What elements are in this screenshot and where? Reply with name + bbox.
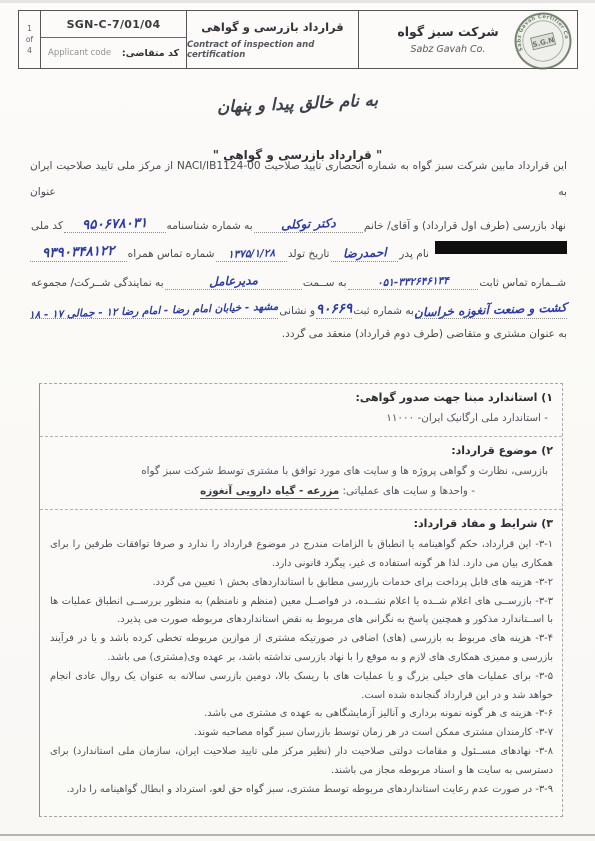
intro-line-3: نام پدر احمدرضا تاریخ تولد ۱۳۷۵/۱/۲۸ شما… — [30, 233, 567, 262]
section-3-title: ۳) شرایط و مفاد قرارداد: — [48, 517, 553, 530]
company-name-en: Sabz Gavah Co. — [393, 44, 503, 55]
bismillah-calligraphy: به نام خالق پیدا و پنهان — [0, 81, 595, 126]
intro-line-6: به عنوان مشتری و متقاضی (طرف دوم قرارداد… — [282, 321, 567, 347]
blank-company-name: کشت و صنعت آنغوزه خراسان — [415, 305, 567, 319]
intro-line-5: کشت و صنعت آنغوزه خراسان به شماره ثبت ۹۰… — [30, 290, 567, 319]
clause-3-6: ۳-۶- هزینه ی هر گونه نمونه برداری و آنال… — [48, 705, 553, 724]
clause-3-5: ۳-۵- برای عملیات های خیلی بزرگ و یا عملی… — [48, 668, 553, 706]
blank-position: مدیرعامل — [165, 276, 302, 290]
header-title-fa: قرارداد بازرسی و گواهی — [201, 20, 343, 34]
handwritten-birth-date: ۱۳۷۵/۱/۲۸ — [227, 248, 274, 260]
scan-bottom-edge — [0, 834, 595, 836]
sites-label: - واحدها و سایت های عملیاتی: — [343, 485, 475, 497]
clause-3-1: ۳-۱- این قرارداد، حکم گواهینامه یا انطبا… — [48, 536, 553, 574]
handwritten-position: مدیرعامل — [209, 275, 258, 289]
blank-id-number: ۹۵۰۶۷۸۰۳۱ — [64, 219, 166, 234]
company-cell: شرکت سبز گواه Sabz Gavah Co. Sabz Gavah … — [359, 11, 577, 68]
clause-3-3: ۳-۳- بازرســی های اعلام شــده یا اعلام ن… — [48, 593, 553, 631]
contract-header-title-cell: قرارداد بازرسی و گواهی Contract of inspe… — [187, 11, 359, 68]
intro-line-2: نهاد بازرسی (طرف اول قرارداد) و آقای/ خا… — [30, 205, 567, 234]
clause-3-2: ۳-۲- هزینه های قابل پرداخت برای خدمات با… — [48, 574, 553, 593]
applicant-code-label-fa: کد متقاضی: — [122, 48, 179, 59]
blank-father-name: احمدرضا — [331, 248, 399, 262]
page-marker-line: 4 — [27, 45, 32, 56]
handwritten-father-name: احمدرضا — [342, 246, 386, 260]
printed-text: به شماره شناسنامه — [166, 220, 254, 233]
intro-paragraph: این قرارداد مابین شرکت سبز گواه به شماره… — [30, 176, 567, 347]
applicant-code-label-en: Applicant code — [48, 48, 111, 58]
printed-text: تاریخ تولد — [287, 248, 331, 261]
printed-text: شماره تماس همراه — [127, 248, 216, 261]
scan-edge-shade — [0, 0, 595, 3]
handwritten-address: مشهد - خیابان امام رضا - امام رضا ۱۲ - ج… — [29, 302, 279, 321]
page-marker-line: 1 — [27, 23, 32, 34]
company-name-fa: شرکت سبز گواه — [393, 24, 503, 39]
clause-3-4: ۳-۴- هزینه های مربوط به بازرسی (های) اضا… — [48, 630, 553, 668]
handwritten-registration-number: ۹۰۶۶۹ — [316, 302, 353, 317]
header-table: 1 of 4 SGN-C-7/01/04 Applicant code کد م… — [18, 10, 578, 69]
header-title-en: Contract of inspection and certification — [187, 40, 358, 60]
section-terms: ۳) شرایط و مفاد قرارداد: ۳-۱- این قراردا… — [40, 509, 562, 807]
section-contract-subject: ۲) موضوع قرارداد: بازرسی، نظارت و گواهی … — [40, 436, 562, 509]
handwritten-id-number: ۹۵۰۶۷۸۰۳۱ — [82, 216, 148, 232]
clause-3-7: ۳-۷- کارمندان مشتری ممکن است در هر زمان … — [48, 724, 553, 743]
page-marker-line: of — [26, 34, 33, 45]
printed-text: کد ملی — [30, 220, 64, 233]
printed-text: شــماره تماس ثابت — [478, 277, 567, 290]
section-standard-basis: ۱) استاندارد مبنا جهت صدور گواهی: - استا… — [40, 384, 562, 436]
blank-mobile-number: ۹۳۹۰۳۴۸۱۲۲ — [30, 247, 127, 262]
intro-line-1: این قرارداد مابین شرکت سبز گواه به شماره… — [30, 153, 567, 205]
clause-3-9: ۳-۹- در صورت عدم رعایت استانداردهای مربو… — [48, 781, 553, 800]
scanned-contract-page: 1 of 4 SGN-C-7/01/04 Applicant code کد م… — [0, 0, 595, 841]
page-marker: 1 of 4 — [19, 11, 41, 68]
printed-text: نام پدر — [398, 248, 430, 261]
printed-text: به ســمت — [302, 277, 348, 290]
blank-landline: ۰۵۱-۳۳۲۶۴۶۱۳۴ — [348, 278, 479, 290]
applicant-code-row: Applicant code کد متقاضی: — [41, 38, 186, 68]
printed-text: و نشانی — [278, 305, 316, 318]
blank-registration-number: ۹۰۶۶۹ — [316, 304, 352, 319]
sites-value: مزرعه - گیاه دارویی آنغوزه — [200, 485, 339, 499]
redaction-box — [435, 241, 567, 254]
blank-birth-date: ۱۳۷۵/۱/۲۸ — [216, 250, 287, 262]
document-code: SGN-C-7/01/04 — [41, 11, 186, 38]
clause-3-8: ۳-۸- نهادهای مســئول و مقامات دولتی صلاح… — [48, 743, 553, 781]
section-1-item: - استاندارد ملی ارگانیک ایران- ۱۱۰۰۰ — [48, 410, 553, 428]
company-stamp: Sabz Gavah Certifier Co. S.G.N — [507, 5, 580, 78]
handwritten-company-name: کشت و صنعت آنغوزه خراسان — [414, 301, 567, 318]
printed-text: به نمایندگی شــرکت/ مجموعه — [30, 277, 165, 290]
handwritten-mobile-number: ۹۳۹۰۳۴۸۱۲۲ — [42, 245, 115, 261]
blank-name: دکتر توکلی — [254, 219, 363, 233]
section-2-title: ۲) موضوع قرارداد: — [48, 444, 553, 457]
printed-text: به شماره ثبت — [352, 305, 415, 318]
section-2-body: بازرسی، نظارت و گواهی پروژه ها و سایت ها… — [48, 463, 553, 481]
section-1-title: ۱) استاندارد مبنا جهت صدور گواهی: — [48, 391, 553, 404]
printed-text: نهاد بازرسی (طرف اول قرارداد) و آقای/ خا… — [363, 220, 567, 233]
blank-address: مشهد - خیابان امام رضا - امام رضا ۱۲ - ج… — [30, 307, 278, 319]
handwritten-name: دکتر توکلی — [281, 217, 336, 231]
handwritten-landline: ۰۵۱-۳۳۲۶۴۶۱۳۴ — [377, 276, 449, 289]
section-2-sites-row: - واحدها و سایت های عملیاتی: مزرعه - گیا… — [48, 483, 553, 501]
contract-sections-box: ۱) استاندارد مبنا جهت صدور گواهی: - استا… — [39, 383, 563, 817]
document-code-cell: SGN-C-7/01/04 Applicant code کد متقاضی: — [41, 11, 187, 68]
intro-line-4: شــماره تماس ثابت ۰۵۱-۳۳۲۶۴۶۱۳۴ به ســمت… — [30, 262, 567, 291]
